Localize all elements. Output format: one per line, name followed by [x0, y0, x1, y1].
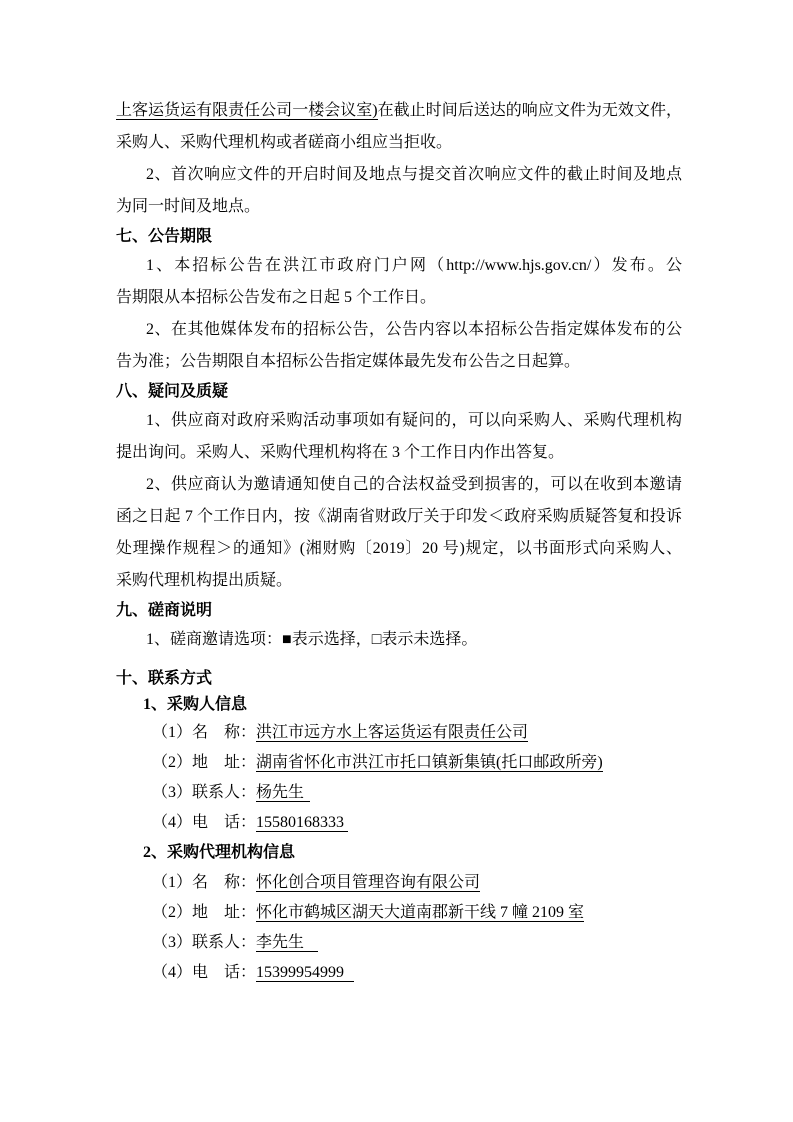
contact-field-line: （1）名 称：洪江市远方水上客运货运有限责任公司 — [116, 718, 682, 748]
text-segment: （3）联系人： — [152, 934, 256, 951]
underlined-value: 15580168333 — [256, 814, 348, 832]
text-segment: 表示未选择。 — [381, 631, 477, 648]
text-line: 处理操作规程＞的通知》(湘财购〔2019〕20 号)规定，以书面形式向采购人、 — [116, 533, 682, 565]
underlined-value: 怀化创合项目管理咨询有限公司 — [256, 874, 480, 892]
contact-field-line: （3）联系人：李先生 — [116, 928, 682, 958]
contact-field-line: （2）地 址：怀化市鹤城区湖天大道南郡新干线 7 幢 2109 室 — [116, 898, 682, 928]
text-segment: 告期限从本招标公告发布之日起 5 个工作日。 — [116, 289, 436, 306]
section-heading: 十、联系方式 — [116, 665, 682, 692]
text-segment: 八、疑问及质疑 — [116, 383, 228, 400]
text-segment: 采购代理机构提出质疑。 — [116, 572, 292, 589]
text-segment: 2、在其他媒体发布的招标公告，公告内容以本招标公告指定媒体发布的公 — [146, 321, 682, 338]
text-segment: 九、磋商说明 — [116, 602, 212, 619]
contact-field-line: （4）电 话：15580168333 — [116, 808, 682, 838]
text-segment: （1）名 称： — [152, 874, 256, 891]
text-segment: 十、联系方式 — [116, 670, 212, 687]
selected-checkbox-icon: ■ — [282, 631, 292, 648]
text-segment: 采购人、采购代理机构或者磋商小组应当拒收。 — [116, 134, 452, 151]
text-segment: （4）电 话： — [152, 964, 256, 981]
document-page: 上客运货运有限责任公司一楼会议室)在截止时间后送达的响应文件为无效文件，采购人、… — [0, 0, 793, 1122]
text-line: 采购代理机构提出质疑。 — [116, 565, 682, 597]
text-line: 1、供应商对政府采购活动事项如有疑问的，可以向采购人、采购代理机构 — [116, 405, 682, 437]
text-segment: 为同一时间及地点。 — [116, 198, 260, 215]
text-line: 1、磋商邀请选项：■表示选择，□表示未选择。 — [116, 624, 682, 656]
text-segment: （4）电 话： — [152, 814, 256, 831]
underlined-value: 洪江市远方水上客运货运有限责任公司 — [256, 724, 528, 742]
text-segment: 1、供应商对政府采购活动事项如有疑问的，可以向采购人、采购代理机构 — [146, 412, 682, 429]
text-line: 提出询问。采购人、采购代理机构将在 3 个工作日内作出答复。 — [116, 437, 682, 469]
section-heading: 八、疑问及质疑 — [116, 378, 682, 405]
text-segment: 1、本招标公告在洪江市政府门户网（http://www.hjs.gov.cn/）… — [146, 257, 682, 274]
section-heading: 九、磋商说明 — [116, 597, 682, 624]
subsection-heading: 2、采购代理机构信息 — [116, 838, 682, 868]
text-segment: 2、供应商认为邀请通知使自己的合法权益受到损害的，可以在收到本邀请 — [146, 476, 682, 493]
text-line: 1、本招标公告在洪江市政府门户网（http://www.hjs.gov.cn/）… — [116, 250, 682, 282]
contact-field-line: （4）电 话：15399954999 — [116, 958, 682, 988]
text-segment: 2、首次响应文件的开启时间及地点与提交首次响应文件的截止时间及地点 — [146, 166, 682, 183]
text-line: 2、首次响应文件的开启时间及地点与提交首次响应文件的截止时间及地点 — [116, 159, 682, 191]
text-segment: 告为准；公告期限自本招标公告指定媒体最先发布公告之日起算。 — [116, 353, 580, 370]
underlined-value: 怀化市鹤城区湖天大道南郡新干线 7 幢 2109 室 — [256, 904, 584, 922]
contact-field-line: （2）地 址：湖南省怀化市洪江市托口镇新集镇(托口邮政所旁) — [116, 748, 682, 778]
underlined-value: 上客运货运有限责任公司一楼会议室) — [116, 102, 378, 120]
underlined-value: 李先生 — [256, 934, 318, 952]
text-line: 告为准；公告期限自本招标公告指定媒体最先发布公告之日起算。 — [116, 346, 682, 378]
text-segment: （1）名 称： — [152, 724, 256, 741]
text-line: 2、供应商认为邀请通知使自己的合法权益受到损害的，可以在收到本邀请 — [116, 469, 682, 501]
section-heading: 七、公告期限 — [116, 223, 682, 250]
text-segment: 1、采购人信息 — [143, 696, 247, 713]
document-content: 上客运货运有限责任公司一楼会议室)在截止时间后送达的响应文件为无效文件，采购人、… — [116, 95, 682, 988]
unselected-checkbox-icon: □ — [372, 631, 382, 648]
text-line: 为同一时间及地点。 — [116, 191, 682, 223]
text-line: 函之日起 7 个工作日内，按《湖南省财政厅关于印发＜政府采购质疑答复和投诉 — [116, 501, 682, 533]
subsection-heading: 1、采购人信息 — [116, 692, 682, 718]
text-segment: 2、采购代理机构信息 — [143, 844, 295, 861]
text-line: 2、在其他媒体发布的招标公告，公告内容以本招标公告指定媒体发布的公 — [116, 314, 682, 346]
text-line: 上客运货运有限责任公司一楼会议室)在截止时间后送达的响应文件为无效文件， — [116, 95, 682, 127]
text-segment: 表示选择， — [292, 631, 372, 648]
text-segment: 函之日起 7 个工作日内，按《湖南省财政厅关于印发＜政府采购质疑答复和投诉 — [116, 508, 682, 525]
text-segment: 在截止时间后送达的响应文件为无效文件， — [378, 102, 682, 119]
text-line: 采购人、采购代理机构或者磋商小组应当拒收。 — [116, 127, 682, 159]
text-segment: 处理操作规程＞的通知》(湘财购〔2019〕20 号)规定，以书面形式向采购人、 — [116, 540, 682, 557]
text-segment: 提出询问。采购人、采购代理机构将在 3 个工作日内作出答复。 — [116, 444, 564, 461]
text-segment: （3）联系人： — [152, 784, 256, 801]
text-segment: （2）地 址： — [152, 754, 256, 771]
text-segment: （2）地 址： — [152, 904, 256, 921]
underlined-value: 杨先生 — [256, 784, 310, 802]
text-segment: 七、公告期限 — [116, 228, 212, 245]
contact-field-line: （3）联系人：杨先生 — [116, 778, 682, 808]
contact-field-line: （1）名 称：怀化创合项目管理咨询有限公司 — [116, 868, 682, 898]
underlined-value: 15399954999 — [256, 964, 354, 982]
text-segment: 1、磋商邀请选项： — [146, 631, 282, 648]
underlined-value: 湖南省怀化市洪江市托口镇新集镇(托口邮政所旁) — [256, 754, 603, 772]
text-line: 告期限从本招标公告发布之日起 5 个工作日。 — [116, 282, 682, 314]
